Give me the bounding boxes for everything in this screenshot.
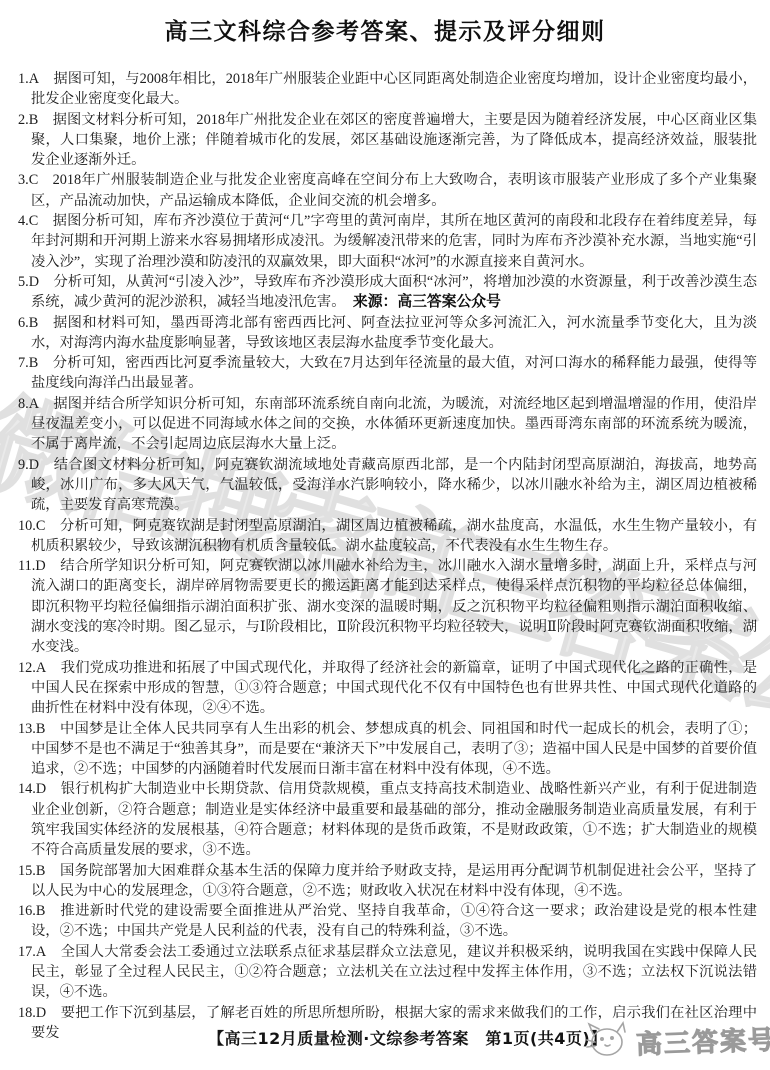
footer-page-label: 【高三12月质量检测·文综参考答案 第1页(共4页)】 xyxy=(208,1026,607,1049)
answer-text: 结合所学知识分析可知，阿克赛钦湖以冰川融水补给为主，冰川融水入湖水量增多时，湖面… xyxy=(31,558,757,655)
answer-number-and-letter: 1.A xyxy=(18,71,53,87)
answer-item: 14.D 银行机构扩大制造业中长期贷款、信用贷款规模，重点支持高技术制造业、战略… xyxy=(18,779,757,860)
answer-number-and-letter: 5.D xyxy=(18,274,53,290)
answer-number-and-letter: 15.B xyxy=(18,863,60,879)
answer-item: 10.C 分析可知，阿克赛钦湖是封闭型高原湖泊，湖区周边植被稀疏，湖水盐度高，水… xyxy=(18,516,757,557)
answer-item: 15.B 国务院部署加大困难群众基本生活的保障力度并给予财政支持，是运用再分配调… xyxy=(18,861,757,902)
answer-number-and-letter: 2.B xyxy=(18,112,53,128)
answer-number-and-letter: 10.C xyxy=(18,518,60,534)
answer-number-and-letter: 13.B xyxy=(18,721,60,737)
answer-text: 据图分析可知，库布齐沙漠位于黄河“几”字弯里的黄河南岸，其所在地区黄河的南段和北… xyxy=(31,213,757,270)
answer-number-and-letter: 16.B xyxy=(18,903,60,919)
answer-number-and-letter: 8.A xyxy=(18,396,53,412)
answer-text: 据图可知，与2008年相比，2018年广州服装企业距中心区同距离处制造企业密度均… xyxy=(31,71,757,107)
answer-text: 分析可知，阿克赛钦湖是封闭型高原湖泊，湖区周边植被稀疏，湖水盐度高，水温低，水生… xyxy=(31,518,757,554)
answer-text: 2018年广州服装制造企业与批发企业密度高峰在空间分布上大致吻合，表明该市服装产… xyxy=(31,172,757,208)
answer-text: 我们党成功推进和拓展了中国式现代化，并取得了经济社会的新篇章，证明了中国式现代化… xyxy=(31,660,757,717)
answer-item: 4.C 据图分析可知，库布齐沙漠位于黄河“几”字弯里的黄河南岸，其所在地区黄河的… xyxy=(18,211,757,272)
answer-text: 国务院部署加大困难群众基本生活的保障力度并给予财政支持，是运用再分配调节机制促进… xyxy=(31,863,757,899)
answer-text: 据图并结合所学知识分析可知，东南部环流系统自南向北流，为暖流，对流经地区起到增温… xyxy=(31,396,757,453)
answer-item: 11.D 结合所学知识分析可知，阿克赛钦湖以冰川融水补给为主，冰川融水入湖水量增… xyxy=(18,556,757,657)
answer-item: 5.D 分析可知，从黄河“引凌入沙”，导致库布齐沙漠形成大面积“冰河”，将增加沙… xyxy=(18,272,757,313)
answer-text: 银行机构扩大制造业中长期贷款、信用贷款规模，重点支持高技术制造业、战略性新兴产业… xyxy=(31,781,757,858)
answer-number-and-letter: 9.D xyxy=(18,457,53,473)
answer-item: 17.A 全国人大常委会法工委通过立法联系点征求基层群众立法意见，建议并积极采纳… xyxy=(18,942,757,1003)
answer-number-and-letter: 17.A xyxy=(18,944,61,960)
answer-number-and-letter: 7.B xyxy=(18,355,53,371)
answer-number-and-letter: 11.D xyxy=(18,558,60,574)
cat-face-icon xyxy=(583,1020,629,1060)
answer-number-and-letter: 3.C xyxy=(18,172,53,188)
answer-list: 1.A 据图可知，与2008年相比，2018年广州服装企业距中心区同距离处制造企… xyxy=(18,69,757,1043)
answer-item: 9.D 结合图文材料分析可知，阿克赛钦湖流域地处青藏高原西北部，是一个内陆封闭型… xyxy=(18,455,757,516)
answer-number-and-letter: 4.C xyxy=(18,213,53,229)
answer-item: 16.B 推进新时代党的建设需要全面推进从严治党、坚持自我革命，①④符合这一要求… xyxy=(18,901,757,942)
answer-number-and-letter: 6.B xyxy=(18,315,53,331)
answer-text: 中国梦是让全体人民共同享有人生出彩的机会、梦想成真的机会、同祖国和时代一起成长的… xyxy=(31,721,757,778)
answer-sheet-page: 高三文科综合参考答案、提示及评分细则 微信搜索高三答案公众号 1.A 据图可知，… xyxy=(0,0,770,1070)
answer-text: 推进新时代党的建设需要全面推进从严治党、坚持自我革命，①④符合这一要求；政治建设… xyxy=(31,903,757,939)
source-label: 来源：高三答案公众号 xyxy=(346,293,501,310)
answer-item: 8.A 据图并结合所学知识分析可知，东南部环流系统自南向北流，为暖流，对流经地区… xyxy=(18,394,757,455)
answer-item: 1.A 据图可知，与2008年相比，2018年广州服装企业距中心区同距离处制造企… xyxy=(18,69,757,110)
answer-item: 12.A 我们党成功推进和拓展了中国式现代化，并取得了经济社会的新篇章，证明了中… xyxy=(18,658,757,719)
answer-number-and-letter: 12.A xyxy=(18,660,61,676)
answer-text: 据图文材料分析可知，2018年广州批发企业在郊区的密度普遍增大，主要是因为随着经… xyxy=(31,112,757,169)
answer-text: 全国人大常委会法工委通过立法联系点征求基层群众立法意见，建议并积极采纳，说明我国… xyxy=(31,944,757,1001)
answer-number-and-letter: 18.D xyxy=(18,1005,61,1021)
answer-text: 分析可知，密西西比河夏季流量较大，大致在7月达到年径流量的最大值，对河口海水的稀… xyxy=(31,355,757,391)
publisher-logo-text: 高三答案号 xyxy=(635,1019,770,1061)
answer-number-and-letter: 14.D xyxy=(18,781,61,797)
publisher-logo: 高三答案号 xyxy=(583,1020,770,1060)
answer-item: 7.B 分析可知，密西西比河夏季流量较大，大致在7月达到年径流量的最大值，对河口… xyxy=(18,353,757,394)
answer-text: 结合图文材料分析可知，阿克赛钦湖流域地处青藏高原西北部，是一个内陆封闭型高原湖泊… xyxy=(31,457,757,514)
answer-item: 6.B 据图和材料可知，墨西哥湾北部有密西西比河、阿查法拉亚河等众多河流汇入，河… xyxy=(18,313,757,354)
answer-item: 2.B 据图文材料分析可知，2018年广州批发企业在郊区的密度普遍增大，主要是因… xyxy=(18,110,757,171)
page-title: 高三文科综合参考答案、提示及评分细则 xyxy=(0,0,770,46)
answer-item: 3.C 2018年广州服装制造企业与批发企业密度高峰在空间分布上大致吻合，表明该… xyxy=(18,170,757,211)
answer-item: 13.B 中国梦是让全体人民共同享有人生出彩的机会、梦想成真的机会、同祖国和时代… xyxy=(18,719,757,780)
answer-text: 据图和材料可知，墨西哥湾北部有密西西比河、阿查法拉亚河等众多河流汇入，河水流量季… xyxy=(31,315,757,351)
